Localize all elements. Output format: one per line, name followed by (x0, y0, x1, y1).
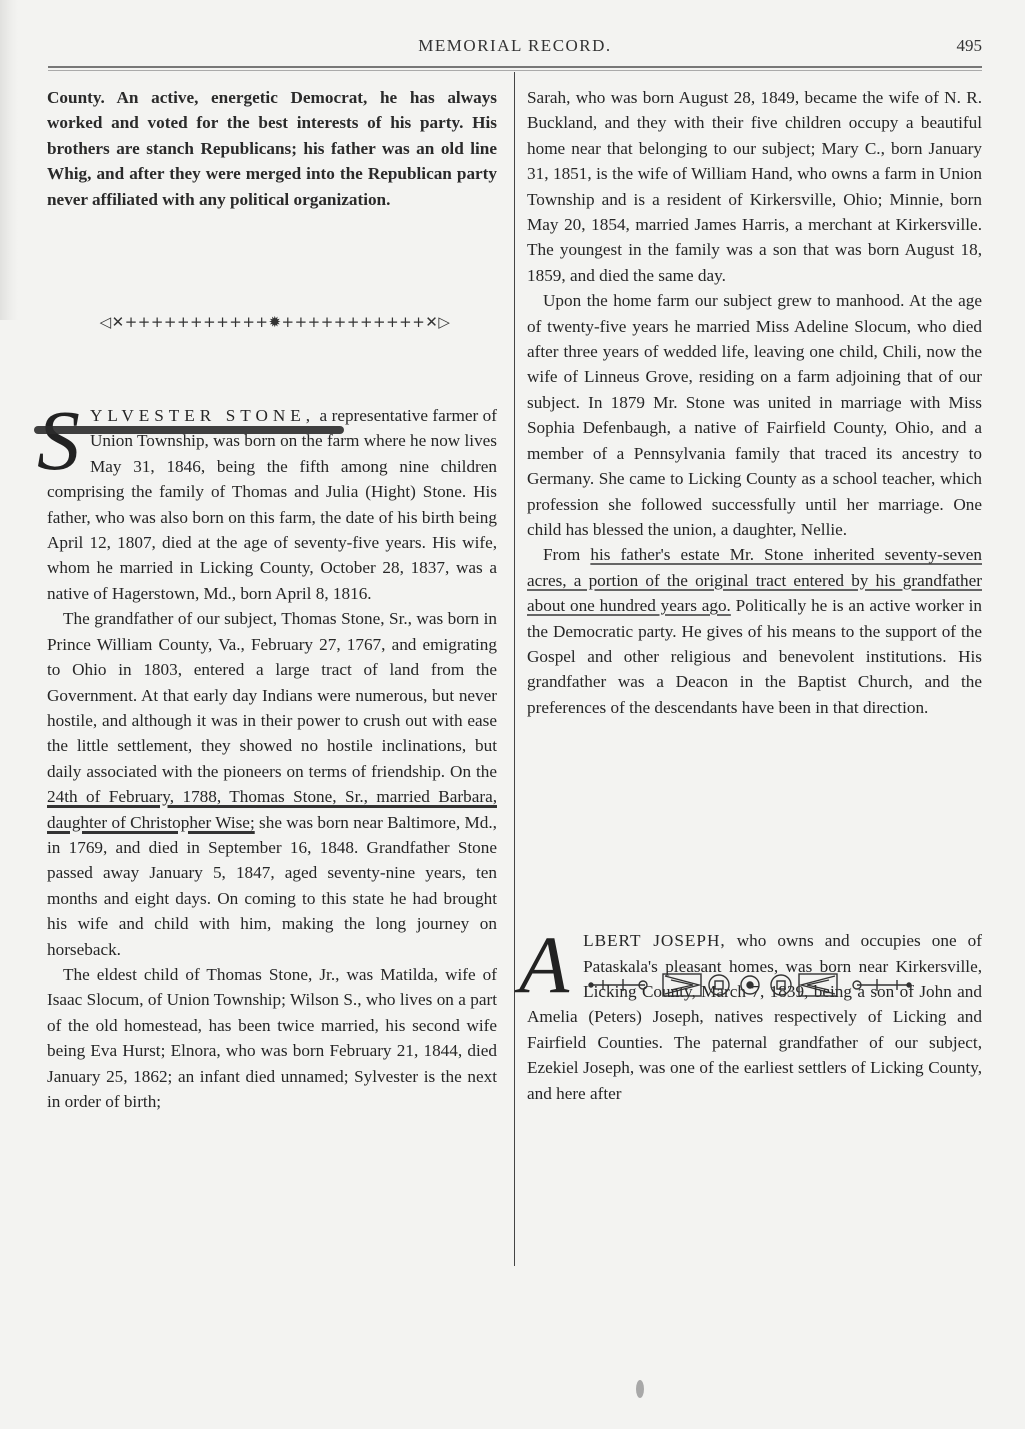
header-rule (48, 66, 982, 68)
running-head: MEMORIAL RECORD. 495 (48, 34, 982, 60)
spacer (527, 720, 982, 928)
paragraph-text: The grandfather of our subject, Thomas S… (47, 609, 497, 780)
bio-text: a representative farmer of Union Townshi… (47, 406, 497, 603)
right-column: Sarah, who was born August 28, 1849, bec… (527, 85, 982, 1106)
ink-bar-mark (34, 426, 344, 434)
biography-albert-joseph: A LBERT JOSEPH, who owns and occupies on… (527, 928, 982, 1106)
tailpiece-ornament-icon (585, 970, 915, 1000)
bio-text: who owns and occupies one of Pataskala's… (527, 931, 982, 1102)
bio-subject-name: LBERT JOSEPH, (583, 931, 726, 950)
estate-paragraph: From his father's estate Mr. Stone inher… (527, 542, 982, 720)
continuation-paragraph: County. An active, energetic Democrat, h… (47, 85, 497, 212)
running-title: MEMORIAL RECORD. (48, 36, 982, 56)
column-divider (514, 72, 515, 1266)
header-rule-thin (48, 70, 982, 71)
spacer (47, 212, 497, 307)
paragraph-text: From (543, 545, 590, 564)
bio-opening-paragraph: A LBERT JOSEPH, who owns and occupies on… (527, 928, 982, 1106)
sisters-paragraph: Sarah, who was born August 28, 1849, bec… (527, 85, 982, 288)
ornament-divider-icon: ◁✕+++++++++++✹+++++++++++✕▷ (75, 313, 475, 331)
tailpiece-ornament-svg (585, 970, 915, 1000)
siblings-paragraph: The eldest child of Thomas Stone, Jr., w… (47, 962, 497, 1114)
bio-subject-name: YLVESTER STONE, (90, 406, 315, 425)
scan-edge-shadow (0, 0, 18, 320)
grandfather-paragraph: The grandfather of our subject, Thomas S… (47, 606, 497, 962)
dropcap-letter: A (519, 924, 569, 996)
left-column: County. An active, energetic Democrat, h… (47, 85, 497, 1114)
biography-sylvester-stone: S YLVESTER STONE, a representative farme… (47, 403, 497, 1114)
paragraph-text: she was born near Baltimore, Md., in 176… (47, 813, 497, 959)
scan-smudge (636, 1380, 644, 1398)
marriage-paragraph: Upon the home farm our subject grew to m… (527, 288, 982, 542)
page-number: 495 (957, 36, 983, 56)
